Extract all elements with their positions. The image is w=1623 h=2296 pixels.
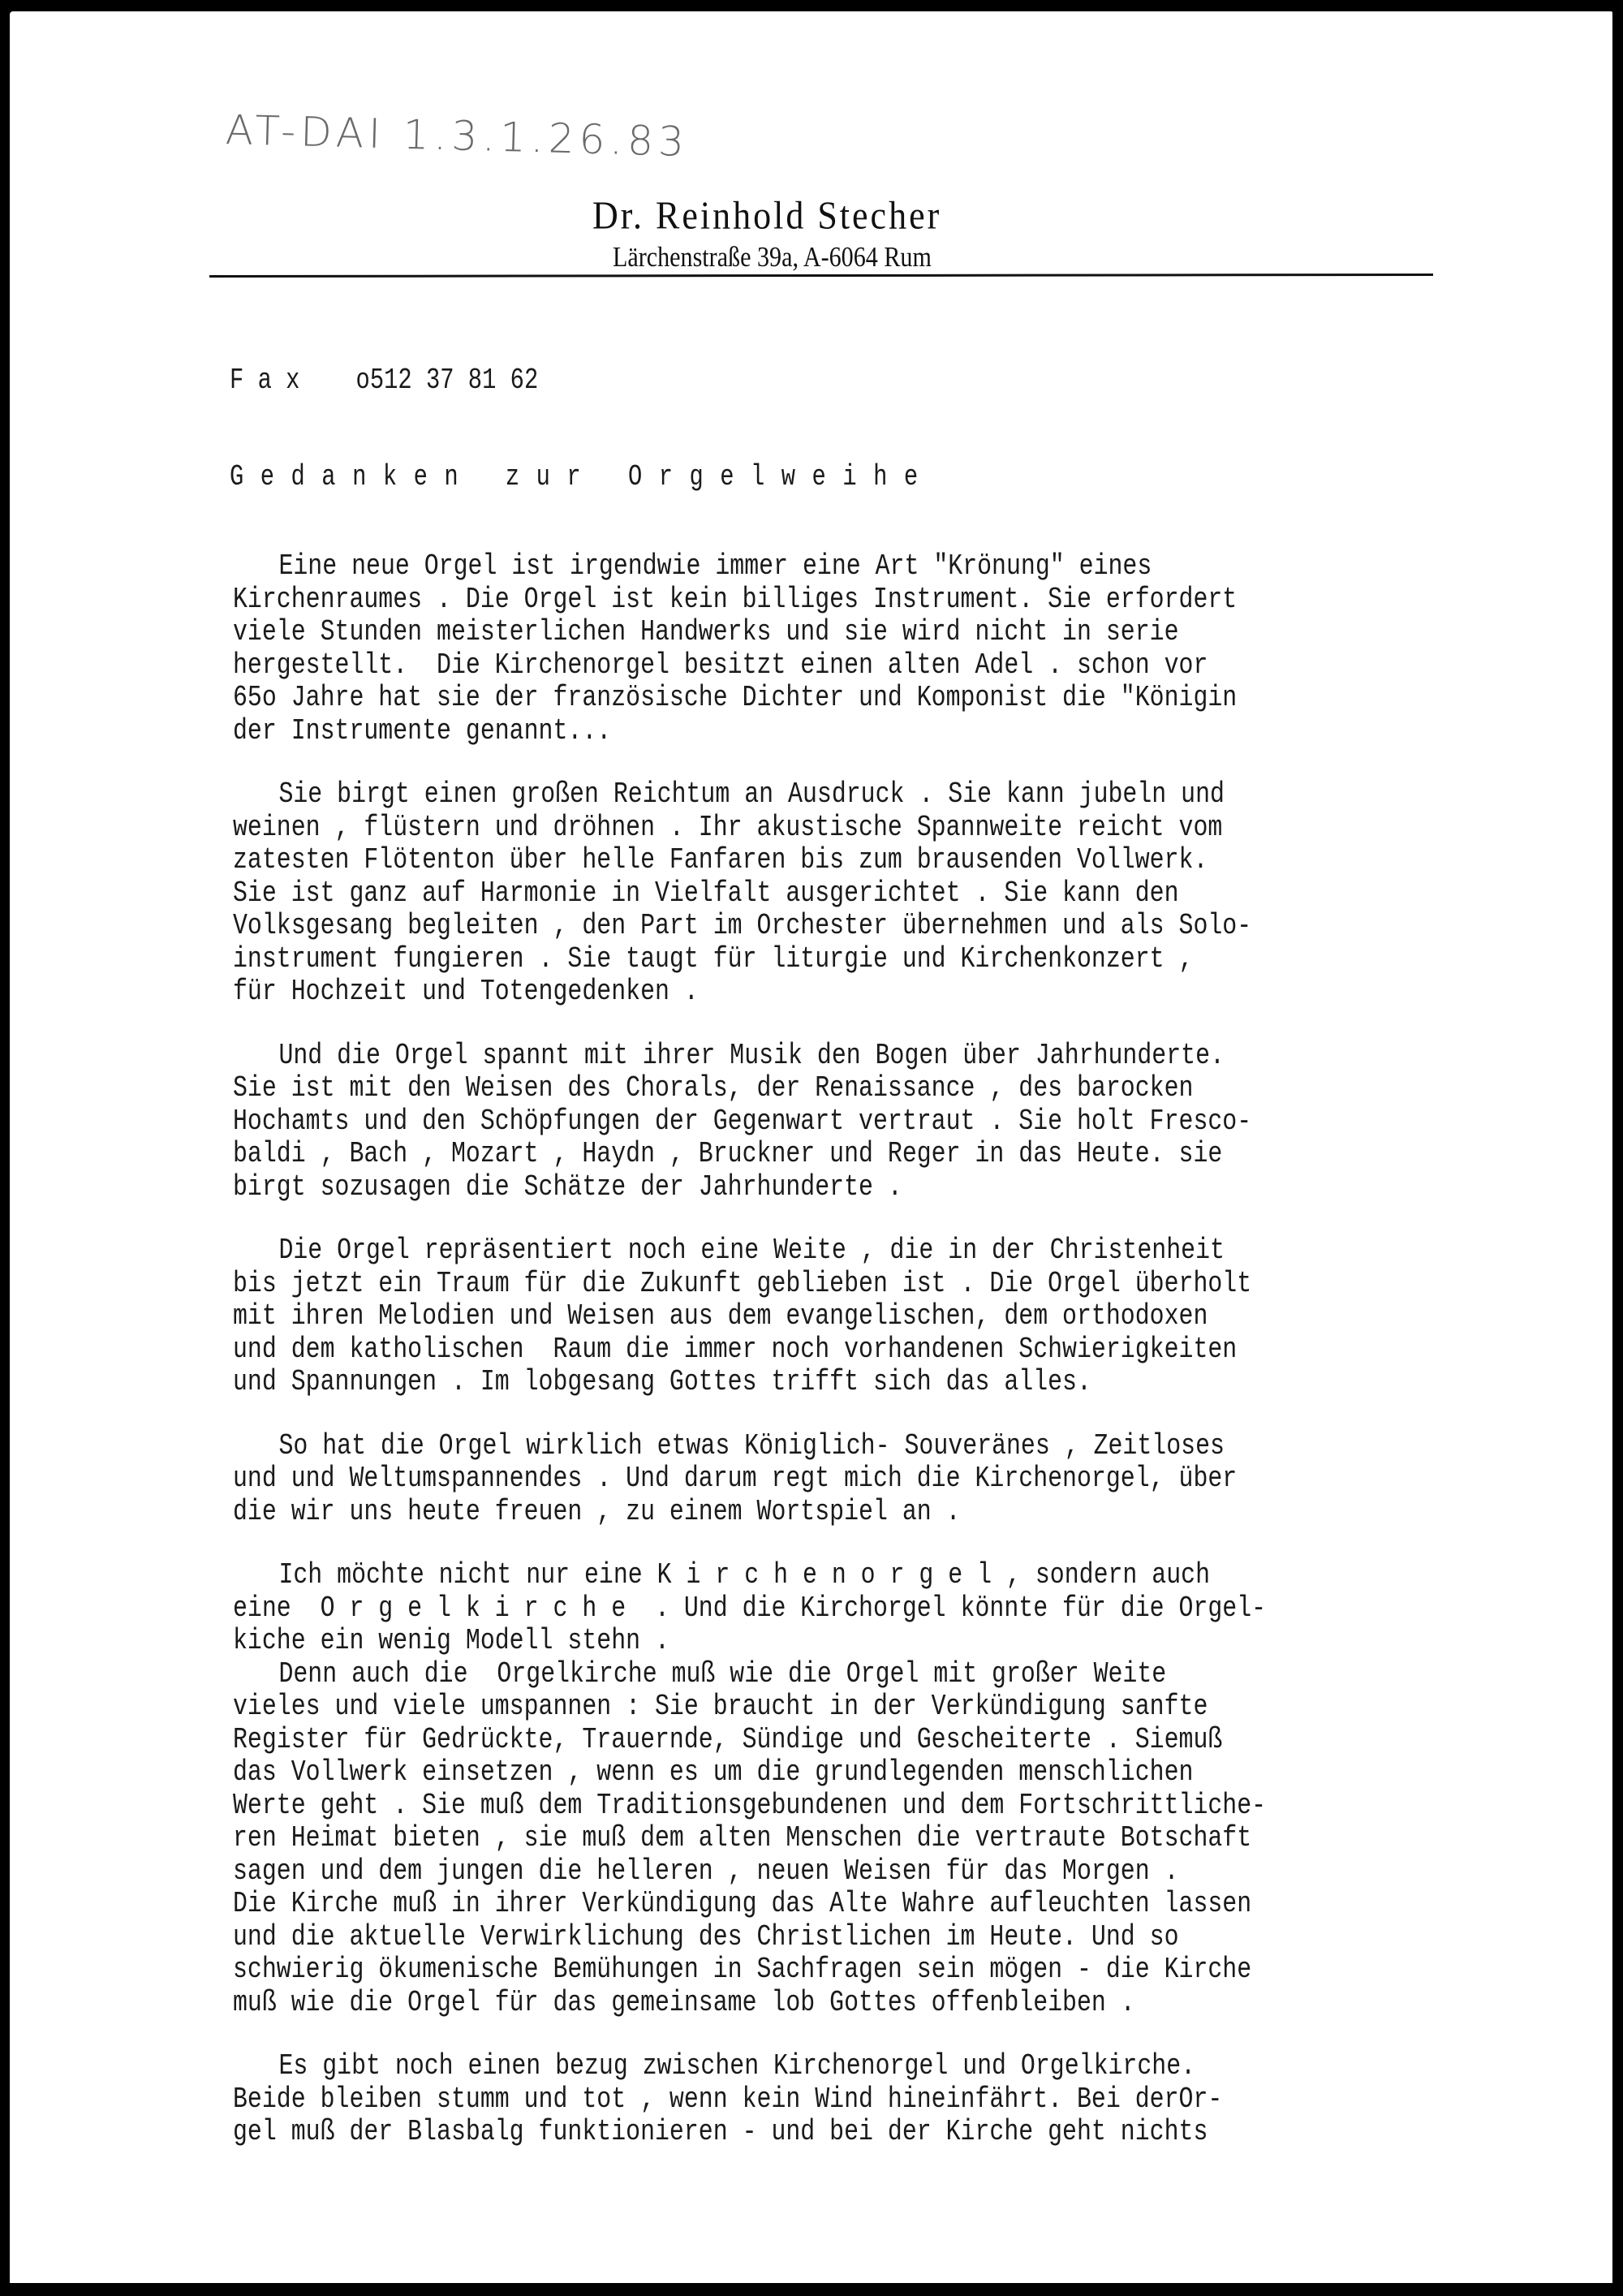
paragraph: Ich möchte nicht nur eine K i r c h e n … bbox=[233, 1559, 1612, 1658]
paragraph: Denn auch die Orgelkirche muß wie die Or… bbox=[233, 1658, 1612, 2020]
text-line: das Vollwerk einsetzen , wenn es um die … bbox=[233, 1756, 1378, 1790]
document-title: G e d a n k e n z u r O r g e l w e i h … bbox=[230, 460, 919, 493]
text-line: sagen und dem jungen die helleren , neue… bbox=[233, 1855, 1378, 1889]
sender-address: Lärchenstraße 39a, A-6064 Rum bbox=[613, 241, 932, 274]
text-line: Register für Gedrückte, Trauernde, Sündi… bbox=[233, 1724, 1378, 1757]
text-line: muß wie die Orgel für das gemeinsame lob… bbox=[233, 1987, 1378, 2020]
text-line: instrument fungieren . Sie taugt für lit… bbox=[233, 943, 1378, 976]
text-line: zatesten Flötenton über helle Fanfaren b… bbox=[233, 844, 1378, 877]
paragraph: Eine neue Orgel ist irgendwie immer eine… bbox=[233, 550, 1612, 747]
text-line: für Hochzeit und Totengedenken . bbox=[233, 976, 1378, 1009]
text-line: baldi , Bach , Mozart , Haydn , Bruckner… bbox=[233, 1138, 1378, 1171]
letter-body: Eine neue Orgel ist irgendwie immer eine… bbox=[233, 550, 1612, 2149]
archive-signature: AT-DAI 1.3.1.26.83 bbox=[225, 106, 689, 166]
sender-name: Dr. Reinhold Stecher bbox=[592, 192, 941, 238]
paragraph: So hat die Orgel wirklich etwas Königlic… bbox=[233, 1430, 1612, 1529]
text-line: Und die Orgel spannt mit ihrer Musik den… bbox=[233, 1040, 1378, 1073]
text-line: der Instrumente genannt... bbox=[233, 715, 1378, 748]
text-line: Beide bleiben stumm und tot , wenn kein … bbox=[233, 2083, 1378, 2117]
text-line: Denn auch die Orgelkirche muß wie die Or… bbox=[233, 1658, 1378, 1691]
text-line: mit ihren Melodien und Weisen aus dem ev… bbox=[233, 1300, 1378, 1333]
text-line: Eine neue Orgel ist irgendwie immer eine… bbox=[233, 550, 1378, 584]
text-line: viele Stunden meisterlichen Handwerks un… bbox=[233, 616, 1378, 649]
text-line: und dem katholischen Raum die immer noch… bbox=[233, 1333, 1378, 1367]
text-line: schwierig ökumenische Bemühungen in Sach… bbox=[233, 1954, 1378, 1987]
text-line: Sie ist mit den Weisen des Chorals, der … bbox=[233, 1072, 1378, 1105]
text-line: und Spannungen . Im lobgesang Gottes tri… bbox=[233, 1366, 1378, 1399]
text-line: ren Heimat bieten , sie muß dem alten Me… bbox=[233, 1822, 1378, 1855]
text-line: Sie ist ganz auf Harmonie in Vielfalt au… bbox=[233, 877, 1378, 911]
text-line: Volksgesang begleiten , den Part im Orch… bbox=[233, 910, 1378, 943]
paragraph: Die Orgel repräsentiert noch eine Weite … bbox=[233, 1234, 1612, 1399]
text-line: eine O r g e l k i r c h e . Und die Kir… bbox=[233, 1592, 1378, 1626]
paragraph: Und die Orgel spannt mit ihrer Musik den… bbox=[233, 1040, 1612, 1204]
text-line: birgt sozusagen die Schätze der Jahrhund… bbox=[233, 1171, 1378, 1204]
paragraph: Sie birgt einen großen Reichtum an Ausdr… bbox=[233, 778, 1612, 1009]
text-line: So hat die Orgel wirklich etwas Königlic… bbox=[233, 1430, 1378, 1463]
text-line: Hochamts und den Schöpfungen der Gegenwa… bbox=[233, 1105, 1378, 1139]
text-line: 65o Jahre hat sie der französische Dicht… bbox=[233, 682, 1378, 715]
text-line: weinen , flüstern und dröhnen . Ihr akus… bbox=[233, 812, 1378, 845]
text-line: bis jetzt ein Traum für die Zukunft gebl… bbox=[233, 1268, 1378, 1301]
text-line: Die Kirche muß in ihrer Verkündigung das… bbox=[233, 1888, 1378, 1921]
text-line: Kirchenraumes . Die Orgel ist kein billi… bbox=[233, 584, 1378, 617]
text-line: Sie birgt einen großen Reichtum an Ausdr… bbox=[233, 778, 1378, 812]
fax-number: F a x o512 37 81 62 bbox=[230, 364, 538, 397]
text-line: Ich möchte nicht nur eine K i r c h e n … bbox=[233, 1559, 1378, 1592]
text-line: kiche ein wenig Modell stehn . bbox=[233, 1625, 1378, 1658]
text-line: vieles und viele umspannen : Sie braucht… bbox=[233, 1691, 1378, 1724]
paragraph: Es gibt noch einen bezug zwischen Kirche… bbox=[233, 2050, 1612, 2149]
text-line: Werte geht . Sie muß dem Traditionsgebun… bbox=[233, 1790, 1378, 1823]
text-line: Es gibt noch einen bezug zwischen Kirche… bbox=[233, 2050, 1378, 2083]
text-line: die wir uns heute freuen , zu einem Wort… bbox=[233, 1496, 1378, 1529]
text-line: und die aktuelle Verwirklichung des Chri… bbox=[233, 1921, 1378, 1954]
text-line: gel muß der Blasbalg funktionieren - und… bbox=[233, 2116, 1378, 2149]
text-line: hergestellt. Die Kirchenorgel besitzt ei… bbox=[233, 649, 1378, 683]
text-line: und und Weltumspannendes . Und darum reg… bbox=[233, 1462, 1378, 1496]
text-line: Die Orgel repräsentiert noch eine Weite … bbox=[233, 1234, 1378, 1268]
